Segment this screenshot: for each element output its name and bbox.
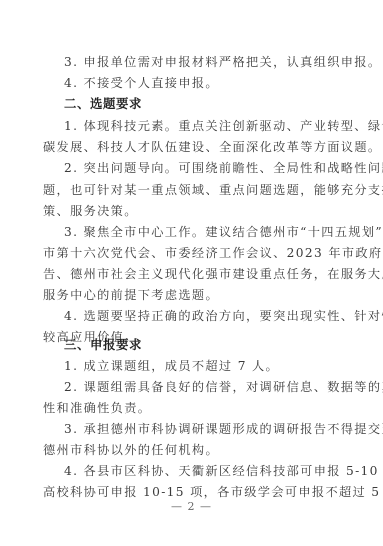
- paragraph-line: 告、德州市社会主义现代化强市建设重点任务，在服务大局、: [43, 266, 335, 282]
- paragraph-line: 4. 不接受个人直接申报。: [64, 75, 335, 91]
- paragraph-line: 题，也可针对某一重点领域、重点问题选题，能够充分支撑决: [43, 182, 335, 198]
- section-heading: 二、选题要求: [64, 96, 335, 112]
- page-number: — 2 —: [0, 500, 383, 513]
- paragraph-line: 服务中心的前提下考虑选题。: [43, 287, 335, 303]
- paragraph-line: 4. 选题要坚持正确的政治方向，要突出现实性、针对性和: [64, 308, 335, 324]
- paragraph-line: 策、服务决策。: [43, 203, 335, 219]
- paragraph-line: 1. 体现科技元素。重点关注创新驱动、产业转型、绿色低: [64, 118, 335, 134]
- paragraph-line: 碳发展、科技人才队伍建设、全面深化改革等方面议题。: [43, 139, 335, 155]
- paragraph-line: 2. 突出问题导向。可围绕前瞻性、全局性和战略性问题选: [64, 160, 335, 176]
- paragraph-line: 3. 聚焦全市中心工作。建议结合德州市“十四五规划”、: [64, 224, 335, 240]
- paragraph-line: 4. 各县市区科协、天衢新区经信科技部可申报 5-10 项，各: [64, 463, 335, 479]
- paragraph-line: 1. 成立课题组，成员不超过 7 人。: [64, 358, 335, 374]
- paragraph-line: 市第十六次党代会、市委经济工作会议、2023 年市政府工作报: [43, 245, 335, 261]
- paragraph-line: 3. 申报单位需对申报材料严格把关，认真组织申报。: [64, 54, 335, 70]
- paragraph-line: 德州市科协以外的任何机构。: [43, 442, 335, 458]
- paragraph-line: 高校科协可申报 10-15 项，各市级学会可申报不超过 5 项，各: [43, 484, 335, 500]
- document-page: 3. 申报单位需对申报材料严格把关，认真组织申报。 4. 不接受个人直接申报。 …: [0, 0, 383, 546]
- section-heading: 三、申报要求: [64, 337, 335, 353]
- paragraph-line: 3. 承担德州市科协调研课题形成的调研报告不得提交至除: [64, 421, 335, 437]
- paragraph-line: 2. 课题组需具备良好的信誉，对调研信息、数据等的真实: [64, 379, 335, 395]
- paragraph-line: 性和准确性负责。: [43, 400, 335, 416]
